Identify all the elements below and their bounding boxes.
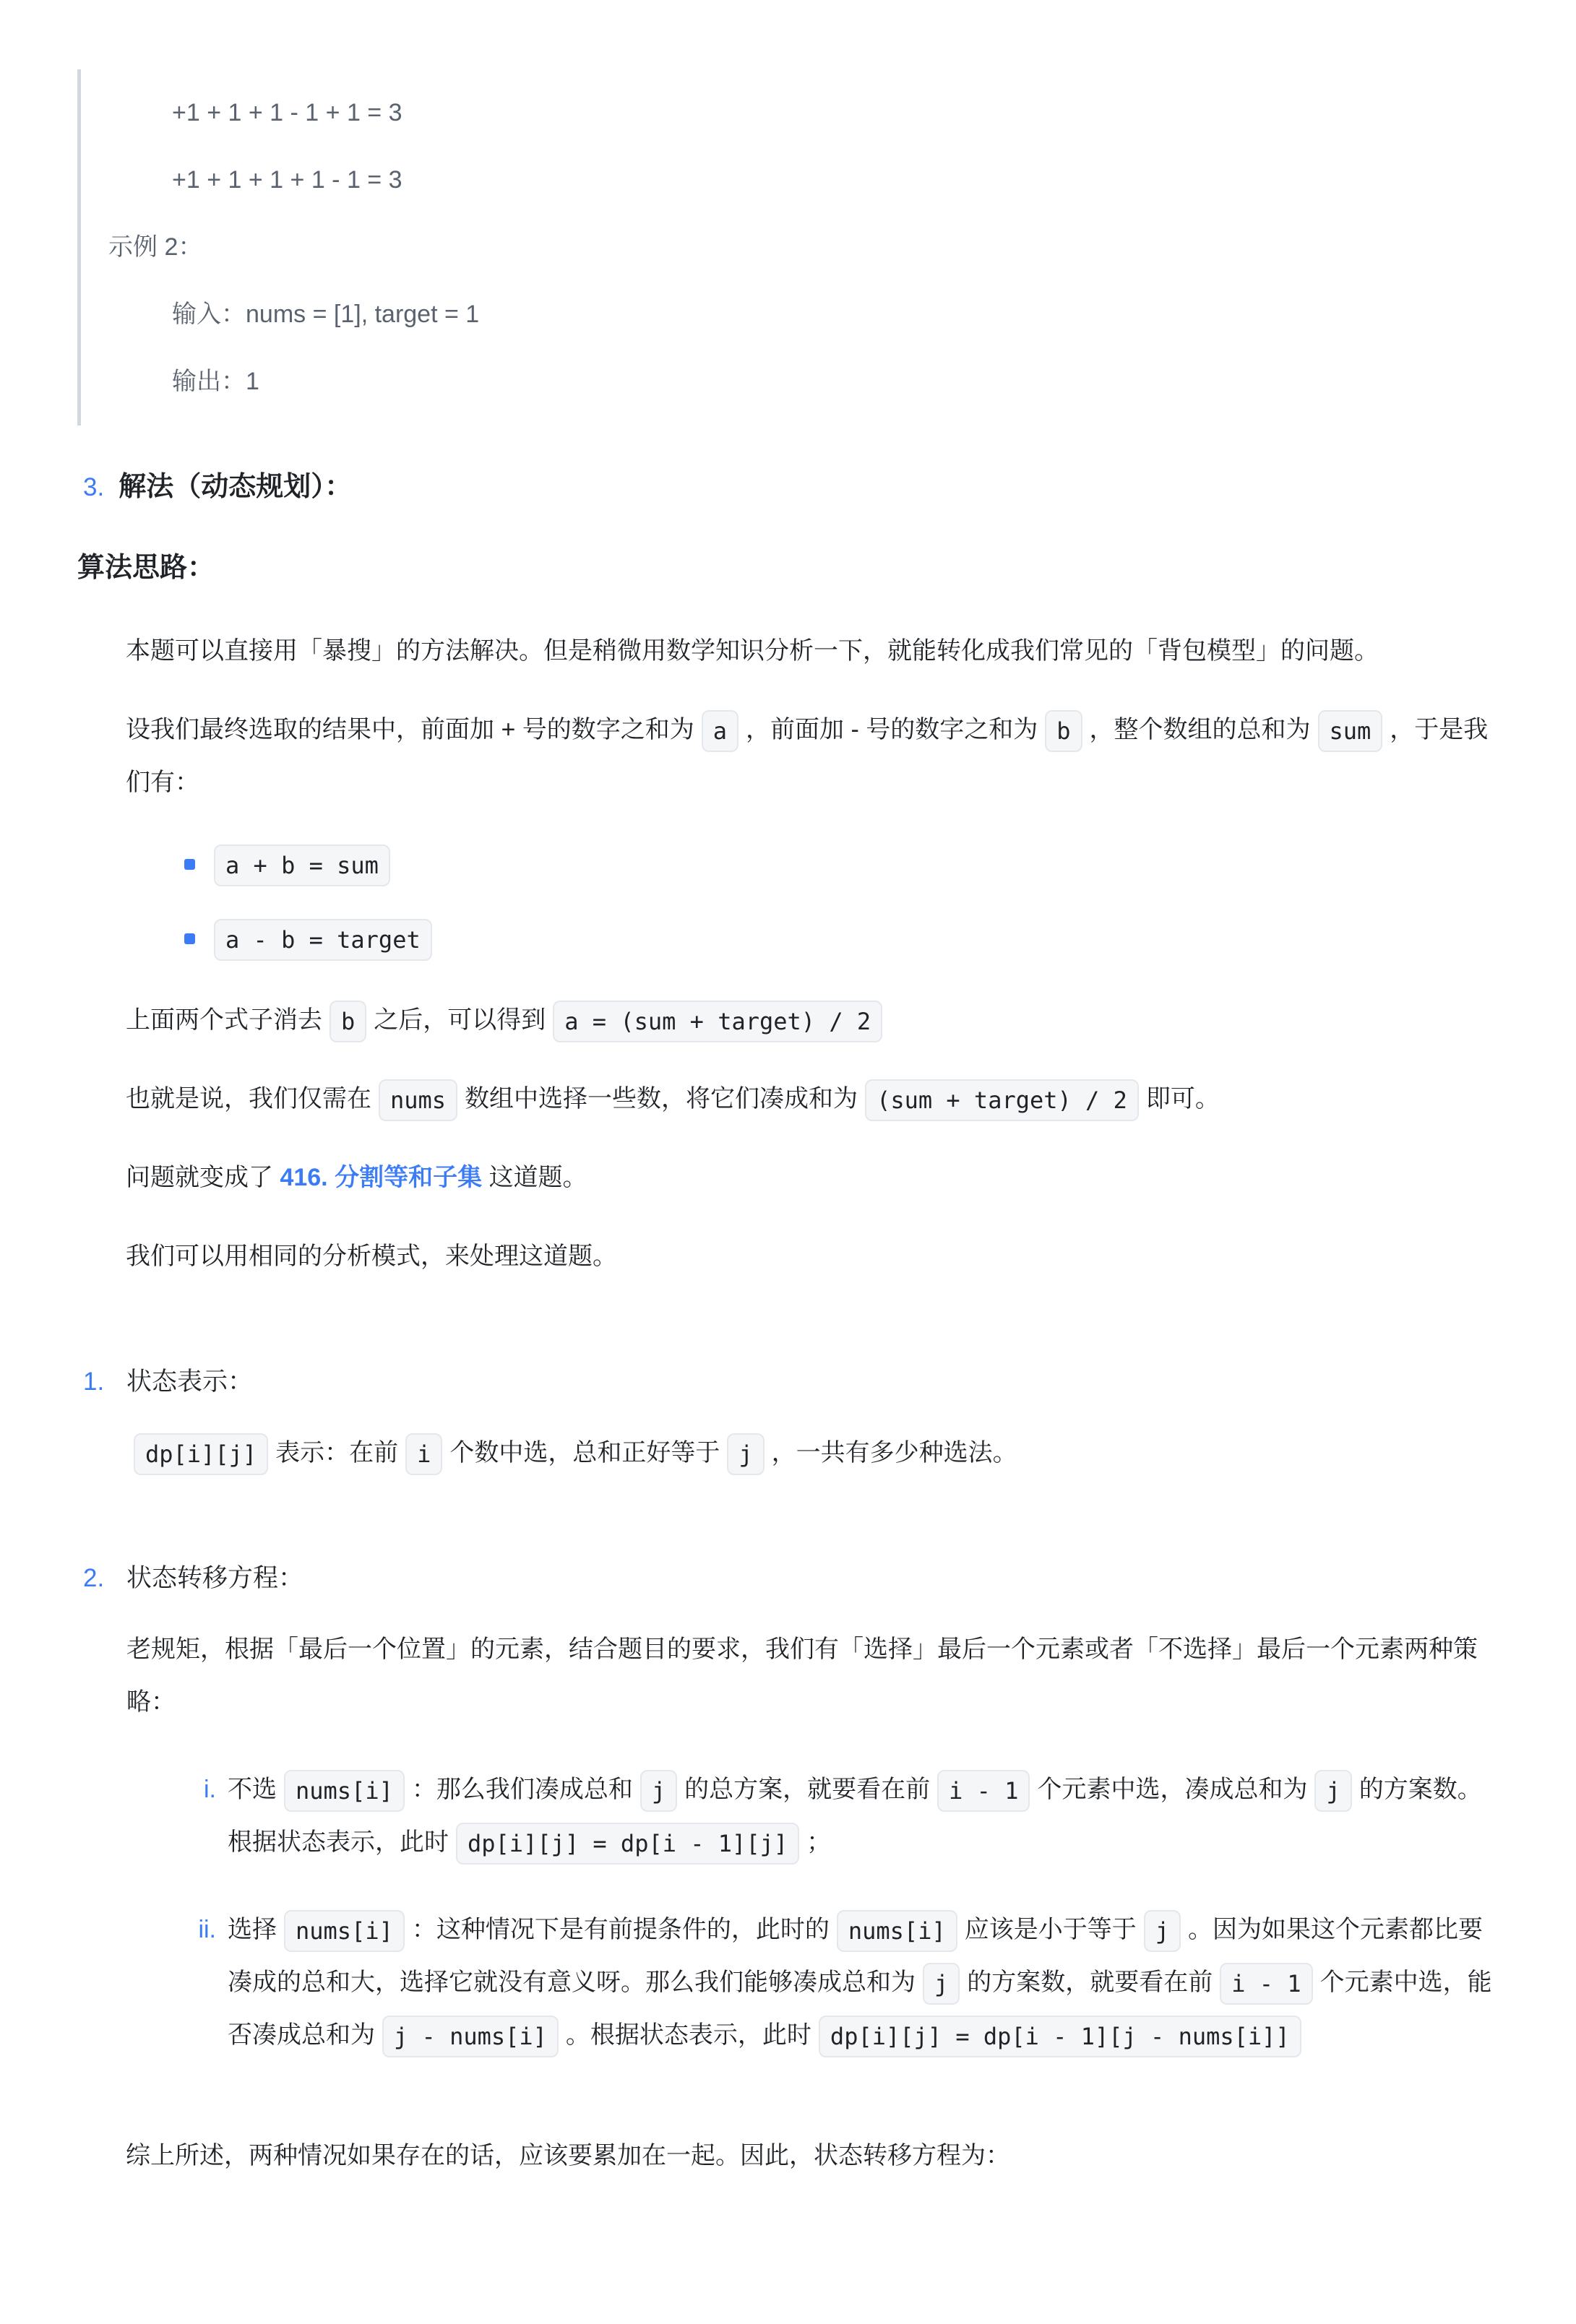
paragraph-eliminate-b: 上面两个式子消去b之后，可以得到a = (sum + target) / 2 <box>126 994 1499 1047</box>
inline-code: a = (sum + target) / 2 <box>553 1001 882 1042</box>
bullet-content: a + b = sum <box>214 838 397 891</box>
text-run: 综上所述，两种情况如果存在的话，应该要累加在一起。因此，状态转移方程为： <box>126 2142 1010 2169</box>
paragraph-problem-416: 问题就变成了 416. 分割等和子集 这道题。 <box>126 1152 1499 1204</box>
inline-code: i - 1 <box>937 1770 1030 1812</box>
transition-equation-title: 状态转移方程： <box>126 1552 1499 1604</box>
paragraph-choose-nums: 也就是说，我们仅需在nums数组中选择一些数，将它们凑成和为(sum + tar… <box>126 1073 1499 1126</box>
text-run: 个数中选，总和正好等于 <box>449 1439 720 1466</box>
text-run: 我们可以用相同的分析模式，来处理这道题。 <box>126 1243 617 1270</box>
inline-code: j <box>1314 1770 1351 1812</box>
text-run: 不选 <box>228 1776 277 1803</box>
paragraph-same-analysis: 我们可以用相同的分析模式，来处理这道题。 <box>126 1230 1499 1283</box>
inline-code: i <box>405 1433 442 1475</box>
list-item-1-state: 1. 状态表示： dp[i][j]表示：在前i个数中选，总和正好等于j，一共有多… <box>77 1355 1499 1480</box>
text-run: 数组中选择一些数，将它们凑成和为 <box>465 1085 858 1113</box>
text-run: 的总方案，就要看在前 <box>684 1776 930 1803</box>
inline-code: nums <box>379 1079 457 1121</box>
text-run: ：这种情况下是有前提条件的，此时的 <box>412 1916 830 1943</box>
example-label: 示例 2： <box>108 221 1499 274</box>
roman-marker-ii: ii. <box>184 1904 216 2062</box>
text-run: 问题就变成了 <box>126 1164 280 1191</box>
algorithm-idea-heading: 算法思路： <box>77 540 1499 596</box>
inline-code: a + b = sum <box>214 844 390 886</box>
case-pick-content: 选择nums[i]：这种情况下是有前提条件的，此时的nums[i]应该是小于等于… <box>228 1904 1499 2062</box>
list-item-3-solution: 3. 解法（动态规划）： <box>77 459 1499 515</box>
inline-code: dp[i][j] = dp[i - 1][j - nums[i]] <box>819 2016 1301 2057</box>
text-run: 设我们最终选取的结果中，前面加 + 号的数字之和为 <box>126 716 694 743</box>
roman-marker-i: i. <box>184 1763 216 1869</box>
inline-code: a - b = target <box>214 919 432 961</box>
inline-code: b <box>1045 710 1082 752</box>
case-list: i. 不选nums[i]：那么我们凑成总和j的总方案，就要看在前i - 1个元素… <box>184 1763 1499 2062</box>
text-run: ，一共有多少种选法。 <box>772 1439 1017 1466</box>
bullet-content: a - b = target <box>214 912 439 965</box>
inline-code: (sum + target) / 2 <box>865 1079 1139 1121</box>
text-run: ，前面加 - 号的数字之和为 <box>746 716 1038 743</box>
formula-line: +1 + 1 + 1 - 1 + 1 = 3 <box>108 87 1499 139</box>
case-not-pick-content: 不选nums[i]：那么我们凑成总和j的总方案，就要看在前i - 1个元素中选，… <box>228 1763 1499 1869</box>
inline-code: nums[i] <box>837 1910 957 1952</box>
transition-intro: 老规矩，根据「最后一个位置」的元素，结合题目的要求，我们有「选择」最后一个元素或… <box>126 1623 1499 1729</box>
inline-code: j - nums[i] <box>382 2016 559 2057</box>
inline-code: dp[i][j] <box>134 1433 268 1475</box>
inline-code: nums[i] <box>284 1910 405 1952</box>
inline-code: j <box>640 1770 677 1812</box>
bullet-item: a + b = sum <box>184 838 1499 891</box>
text-run: 即可。 <box>1146 1085 1220 1113</box>
bullet-square-icon <box>184 859 195 870</box>
text-run: 老规矩，根据「最后一个位置」的元素，结合题目的要求，我们有「选择」最后一个元素或… <box>126 1636 1478 1716</box>
case-item-pick: ii. 选择nums[i]：这种情况下是有前提条件的，此时的nums[i]应该是… <box>184 1904 1499 2062</box>
transition-equation-body: 状态转移方程： 老规矩，根据「最后一个位置」的元素，结合题目的要求，我们有「选择… <box>126 1552 1499 2096</box>
text-run: 个元素中选，凑成总和为 <box>1037 1776 1307 1803</box>
list-item-2-transition: 2. 状态转移方程： 老规矩，根据「最后一个位置」的元素，结合题目的要求，我们有… <box>77 1552 1499 2096</box>
bullet-square-icon <box>184 933 195 944</box>
inline-code: nums[i] <box>284 1770 405 1812</box>
formula-line: +1 + 1 + 1 + 1 - 1 = 3 <box>108 154 1499 207</box>
inline-code: j <box>1144 1910 1181 1952</box>
document-page: +1 + 1 + 1 - 1 + 1 = 3 +1 + 1 + 1 + 1 - … <box>0 0 1576 2324</box>
text-run: 输出：1 <box>172 368 259 395</box>
text-run: 表示：在前 <box>275 1439 398 1466</box>
text-run: 的方案数，就要看在前 <box>967 1969 1213 1996</box>
inline-code: sum <box>1318 710 1383 752</box>
list-marker-1: 1. <box>83 1355 112 1480</box>
text-run: 示例 2： <box>108 233 202 261</box>
state-representation-body: 状态表示： dp[i][j]表示：在前i个数中选，总和正好等于j，一共有多少种选… <box>126 1355 1499 1480</box>
text-run: ，整个数组的总和为 <box>1090 716 1311 743</box>
text-run: +1 + 1 + 1 + 1 - 1 = 3 <box>172 166 402 194</box>
case-item-not-pick: i. 不选nums[i]：那么我们凑成总和j的总方案，就要看在前i - 1个元素… <box>184 1763 1499 1869</box>
inline-code: i - 1 <box>1220 1963 1312 2005</box>
example-blockquote: +1 + 1 + 1 - 1 + 1 = 3 +1 + 1 + 1 + 1 - … <box>77 69 1499 426</box>
text-run: ； <box>806 1828 831 1856</box>
solution-heading-title: 解法（动态规划）： <box>119 459 352 515</box>
example-output-line: 输出：1 <box>108 355 1499 408</box>
inline-code: j <box>923 1963 960 2005</box>
text-run: 选择 <box>228 1916 277 1943</box>
text-run: 也就是说，我们仅需在 <box>126 1085 371 1113</box>
text-run: 之后，可以得到 <box>374 1006 546 1034</box>
inline-code: a <box>702 710 739 752</box>
state-representation-detail: dp[i][j]表示：在前i个数中选，总和正好等于j，一共有多少种选法。 <box>126 1427 1499 1480</box>
text-run: 上面两个式子消去 <box>126 1006 322 1034</box>
state-representation-title: 状态表示： <box>126 1355 1499 1408</box>
paragraph-conclusion: 综上所述，两种情况如果存在的话，应该要累加在一起。因此，状态转移方程为： <box>126 2130 1499 2182</box>
example-input-line: 输入：nums = [1], target = 1 <box>108 288 1499 341</box>
list-marker-3: 3. <box>83 461 104 514</box>
list-marker-2: 2. <box>83 1552 112 2096</box>
paragraph-define-ab: 设我们最终选取的结果中，前面加 + 号的数字之和为a，前面加 - 号的数字之和为… <box>126 704 1499 809</box>
text-run: 这道题。 <box>482 1164 587 1191</box>
inline-code: b <box>330 1001 366 1042</box>
text-run: +1 + 1 + 1 - 1 + 1 = 3 <box>172 99 402 126</box>
paragraph-bruteforce: 本题可以直接用「暴搜」的方法解决。但是稍微用数学知识分析一下，就能转化成我们常见… <box>126 625 1499 678</box>
text-run: 。根据状态表示，此时 <box>566 2021 811 2049</box>
inline-code: dp[i][j] = dp[i - 1][j] <box>456 1823 799 1865</box>
text-run: 应该是小于等于 <box>965 1916 1137 1943</box>
inline-code: j <box>727 1433 764 1475</box>
text-run: ：那么我们凑成总和 <box>412 1776 633 1803</box>
bullet-item: a - b = target <box>184 912 1499 965</box>
text-run: 输入：nums = [1], target = 1 <box>172 301 479 328</box>
problem-link-416[interactable]: 416. 分割等和子集 <box>280 1164 482 1191</box>
text-run: 本题可以直接用「暴搜」的方法解决。但是稍微用数学知识分析一下，就能转化成我们常见… <box>126 637 1379 665</box>
equation-bullet-list: a + b = sum a - b = target <box>184 838 1499 965</box>
